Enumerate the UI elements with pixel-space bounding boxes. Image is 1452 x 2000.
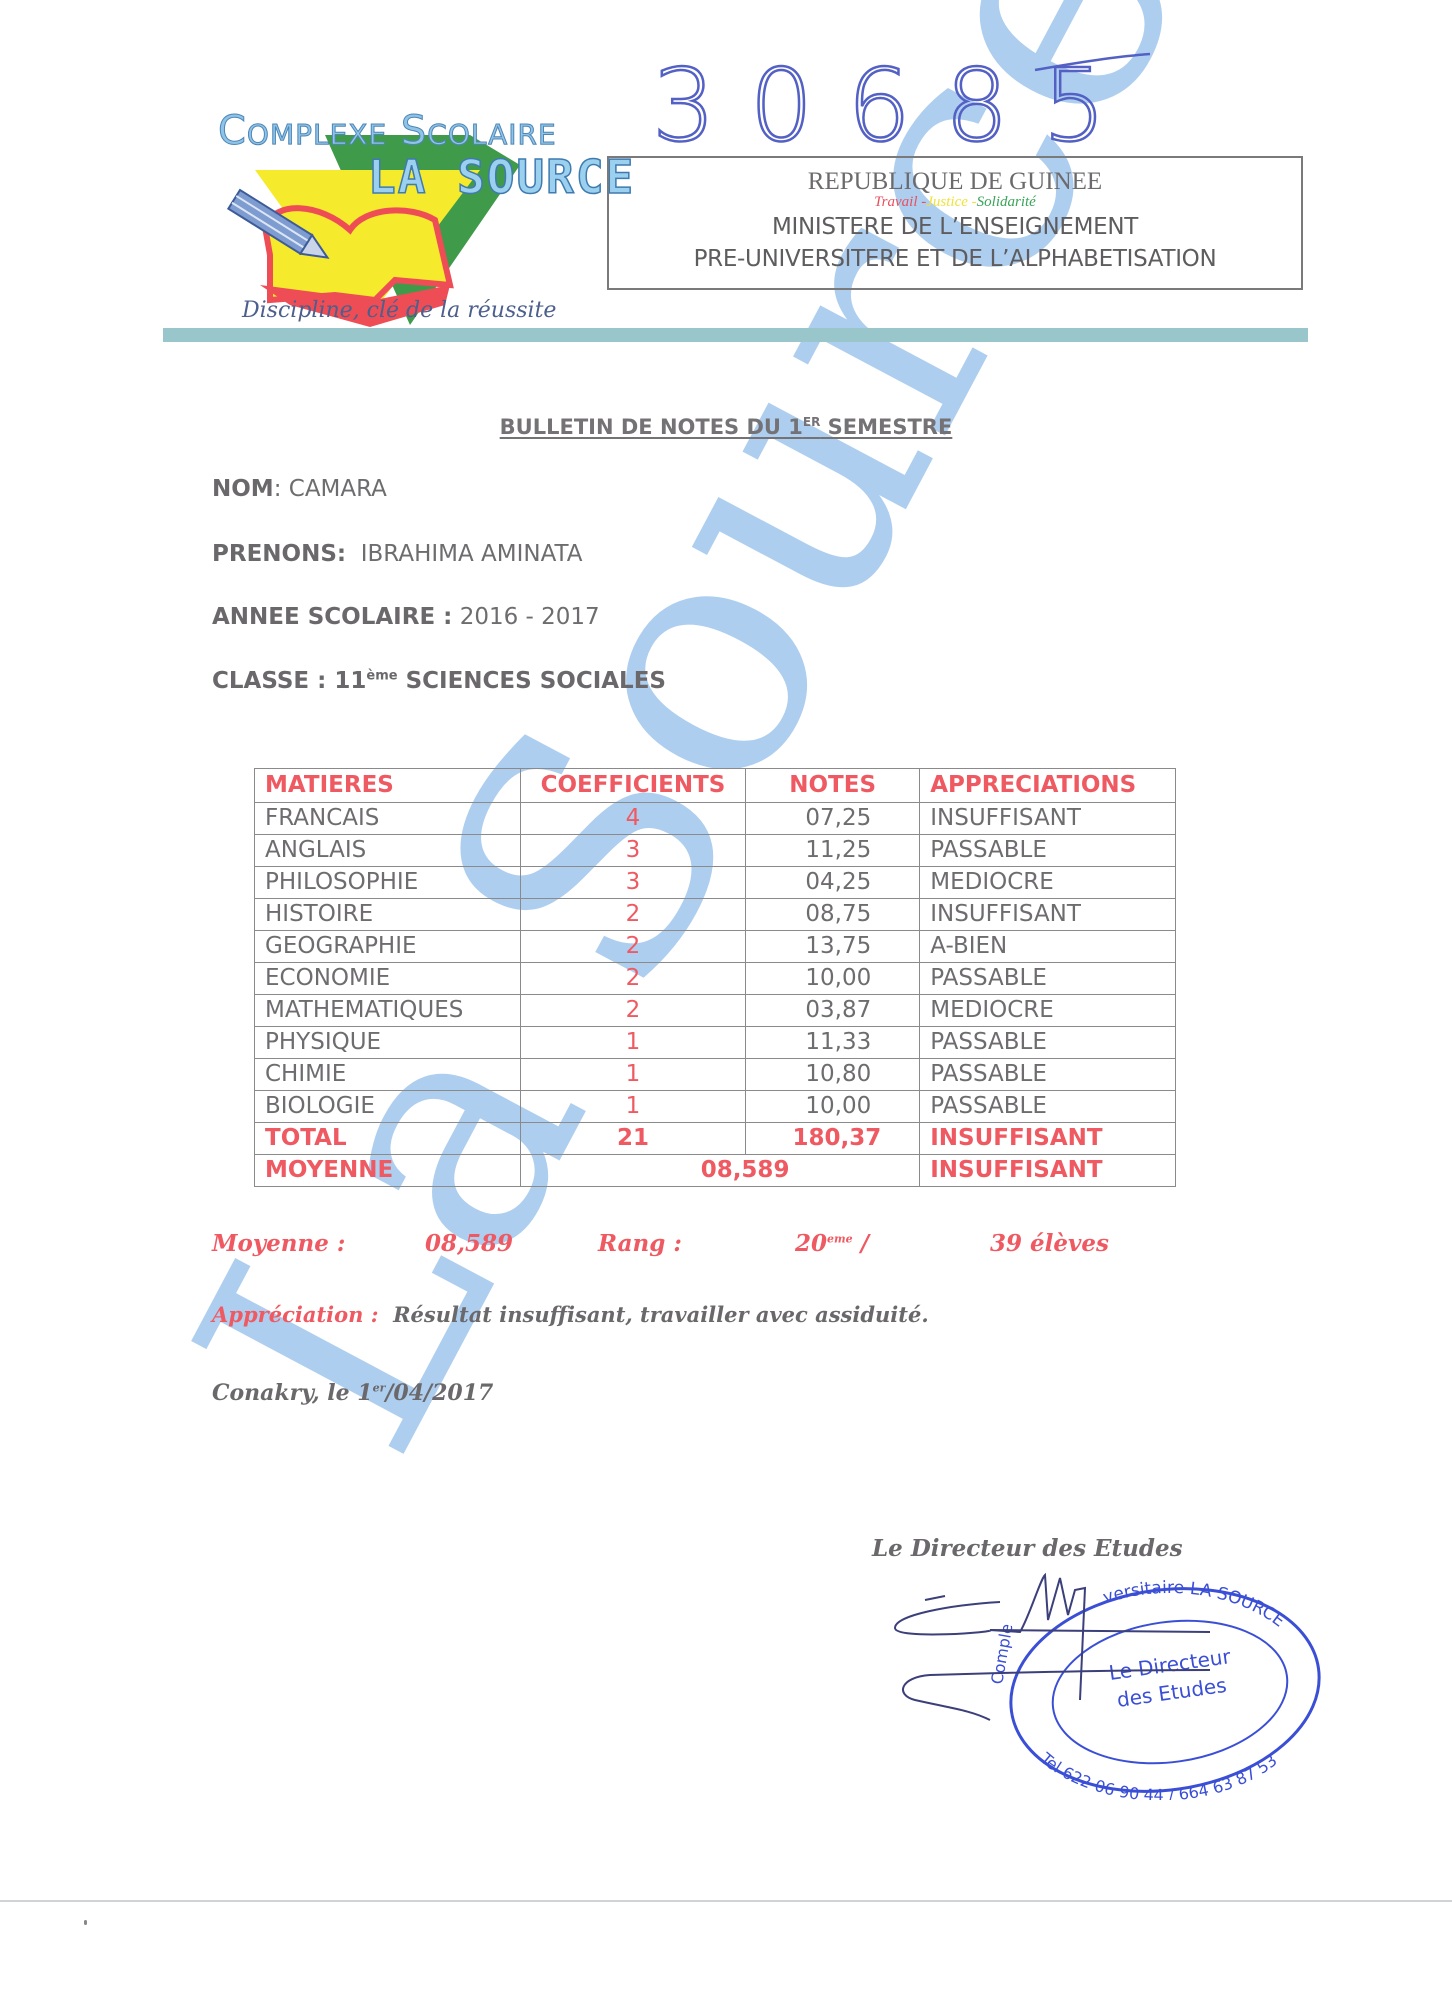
note-cell: 10,00 xyxy=(746,963,920,995)
coefficient-cell: 2 xyxy=(520,931,745,963)
subject-cell: CHIMIE xyxy=(255,1059,521,1091)
table-row: ECONOMIE210,00PASSABLE xyxy=(255,963,1176,995)
coefficient-cell: 1 xyxy=(520,1027,745,1059)
coefficient-cell: 3 xyxy=(520,867,745,899)
page-bottom-rule xyxy=(0,1900,1452,1902)
school-tagline: Discipline, clé de la réussite xyxy=(242,298,556,323)
subject-cell: FRANCAIS xyxy=(255,803,521,835)
school-year: ANNEE SCOLAIRE : 2016 - 2017 xyxy=(212,604,600,630)
total-note: 180,37 xyxy=(746,1123,920,1155)
republic-header-box: REPUBLIQUE DE GUINEE Travail -Justice -S… xyxy=(607,156,1303,290)
student-class: CLASSE : 11ème SCIENCES SOCIALES xyxy=(212,668,666,694)
moyenne-label: MOYENNE xyxy=(255,1155,521,1187)
table-row: FRANCAIS407,25INSUFFISANT xyxy=(255,803,1176,835)
signatory-title: Le Directeur des Etudes xyxy=(872,1535,1183,1562)
subject-cell: MATHEMATIQUES xyxy=(255,995,521,1027)
student-first-names: PRENONS: IBRAHIMA AMINATA xyxy=(212,541,583,567)
coefficient-cell: 2 xyxy=(520,963,745,995)
coefficient-cell: 1 xyxy=(520,1091,745,1123)
republic-title: REPUBLIQUE DE GUINEE xyxy=(609,168,1301,196)
table-row: PHILOSOPHIE304,25MEDIOCRE xyxy=(255,867,1176,899)
summary-moyenne-label: Moyenne : xyxy=(212,1230,345,1257)
subject-cell: PHYSIQUE xyxy=(255,1027,521,1059)
coefficient-cell: 1 xyxy=(520,1059,745,1091)
table-row: BIOLOGIE110,00PASSABLE xyxy=(255,1091,1176,1123)
subject-cell: GEOGRAPHIE xyxy=(255,931,521,963)
moyenne-value: 08,589 xyxy=(520,1155,919,1187)
subject-cell: HISTOIRE xyxy=(255,899,521,931)
table-row: ANGLAIS311,25PASSABLE xyxy=(255,835,1176,867)
table-row: CHIMIE110,80PASSABLE xyxy=(255,1059,1176,1091)
note-cell: 08,75 xyxy=(746,899,920,931)
svg-text:Tel 622 06 90 44 / 664 63 87 5: Tel 622 06 90 44 / 664 63 87 53 xyxy=(1036,1748,1281,1800)
table-header-row: MATIERES COEFFICIENTS NOTES APPRECIATION… xyxy=(255,769,1176,803)
subject-cell: ANGLAIS xyxy=(255,835,521,867)
summary-moyenne-value: 08,589 xyxy=(425,1230,513,1257)
student-last-name: NOM: CAMARA xyxy=(212,476,387,502)
ministry-line-2: PRE-UNIVERSITERE ET DE L’ALPHABETISATION xyxy=(609,243,1301,275)
note-cell: 04,25 xyxy=(746,867,920,899)
table-row: HISTOIRE208,75INSUFFISANT xyxy=(255,899,1176,931)
total-coef: 21 xyxy=(520,1123,745,1155)
appreciation-cell: PASSABLE xyxy=(920,835,1176,867)
note-cell: 11,25 xyxy=(746,835,920,867)
header-band xyxy=(163,328,1308,342)
scan-speck xyxy=(84,1920,87,1925)
subject-cell: ECONOMIE xyxy=(255,963,521,995)
appreciation-cell: PASSABLE xyxy=(920,1059,1176,1091)
svg-text:versitaire LA SOURCE: versitaire LA SOURCE xyxy=(1101,1578,1289,1631)
school-subname: LA SOURCE xyxy=(368,150,635,204)
header-matieres: MATIERES xyxy=(255,769,521,803)
grades-table: MATIERES COEFFICIENTS NOTES APPRECIATION… xyxy=(254,768,1176,1187)
ministry-line-1: MINISTERE DE L’ENSEIGNEMENT xyxy=(609,211,1301,243)
national-motto: Travail -Justice -Solidarité xyxy=(609,194,1301,211)
header-appreciations: APPRECIATIONS xyxy=(920,769,1176,803)
note-cell: 11,33 xyxy=(746,1027,920,1059)
moyenne-appreciation: INSUFFISANT xyxy=(920,1155,1176,1187)
total-appreciation: INSUFFISANT xyxy=(920,1123,1176,1155)
summary-appreciation: Appréciation : Résultat insuffisant, tra… xyxy=(212,1302,929,1327)
coefficient-cell: 3 xyxy=(520,835,745,867)
appreciation-cell: PASSABLE xyxy=(920,1091,1176,1123)
coefficient-cell: 4 xyxy=(520,803,745,835)
note-cell: 13,75 xyxy=(746,931,920,963)
summary-rang-value: 20eme / xyxy=(795,1230,869,1257)
subject-cell: BIOLOGIE xyxy=(255,1091,521,1123)
coefficient-cell: 2 xyxy=(520,899,745,931)
document-date: Conakry, le 1er/04/2017 xyxy=(212,1380,493,1406)
subject-cell: PHILOSOPHIE xyxy=(255,867,521,899)
table-row: PHYSIQUE111,33PASSABLE xyxy=(255,1027,1176,1059)
appreciation-cell: A-BIEN xyxy=(920,931,1176,963)
table-row: MATHEMATIQUES203,87MEDIOCRE xyxy=(255,995,1176,1027)
total-row: TOTAL 21 180,37 INSUFFISANT xyxy=(255,1123,1176,1155)
appreciation-cell: INSUFFISANT xyxy=(920,803,1176,835)
official-stamp: versitaire LA SOURCE Tel 622 06 90 44 / … xyxy=(880,1560,1330,1800)
document-title: BULLETIN DE NOTES DU 1ER SEMESTRE xyxy=(0,415,1452,439)
total-label: TOTAL xyxy=(255,1123,521,1155)
note-cell: 07,25 xyxy=(746,803,920,835)
handwritten-number: 30685 xyxy=(640,48,1160,158)
header-notes: NOTES xyxy=(746,769,920,803)
appreciation-cell: PASSABLE xyxy=(920,1027,1176,1059)
note-cell: 10,00 xyxy=(746,1091,920,1123)
appreciation-cell: MEDIOCRE xyxy=(920,995,1176,1027)
header-coefficients: COEFFICIENTS xyxy=(520,769,745,803)
note-cell: 10,80 xyxy=(746,1059,920,1091)
coefficient-cell: 2 xyxy=(520,995,745,1027)
moyenne-row: MOYENNE 08,589 INSUFFISANT xyxy=(255,1155,1176,1187)
school-name: Complexe Scolaire xyxy=(218,108,557,154)
appreciation-cell: PASSABLE xyxy=(920,963,1176,995)
summary-rang-label: Rang : xyxy=(598,1230,682,1257)
appreciation-cell: INSUFFISANT xyxy=(920,899,1176,931)
table-row: GEOGRAPHIE213,75A-BIEN xyxy=(255,931,1176,963)
note-cell: 03,87 xyxy=(746,995,920,1027)
appreciation-cell: MEDIOCRE xyxy=(920,867,1176,899)
summary-effectif: 39 élèves xyxy=(990,1230,1109,1257)
